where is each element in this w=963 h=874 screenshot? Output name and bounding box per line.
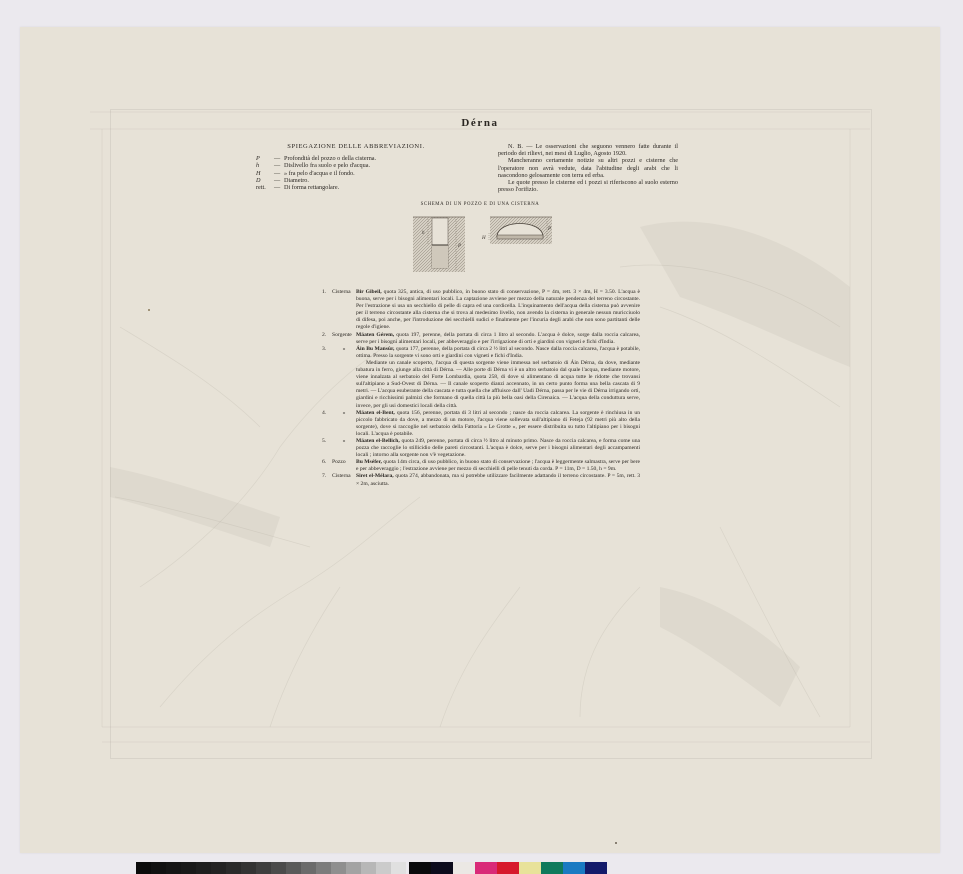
list-item: 6. Pozzo Bu Mséfer, quota 14m circa, di … — [322, 459, 640, 473]
abbreviation-entry: H— » fra pelo d'acqua e il fondo. — [256, 170, 456, 177]
scanned-sheet: Dérna SPIEGAZIONE DELLE ABBREVIAZIONI. P… — [20, 27, 940, 853]
color-swatch — [563, 862, 585, 874]
gray-swatch — [286, 862, 301, 874]
gray-swatch — [316, 862, 331, 874]
calibration-color-bar — [136, 862, 607, 874]
page-title: Dérna — [20, 117, 940, 129]
gray-swatch — [136, 862, 151, 874]
source-name: Áin Bu Mansûr, — [356, 346, 394, 352]
abbreviation-entry: D— Diametro. — [256, 177, 456, 184]
color-swatch — [409, 862, 431, 874]
nota-bene: N. B. — Le osservazioni che seguono venn… — [498, 143, 678, 193]
color-swatch — [585, 862, 607, 874]
source-name: Máaten el-Bent, — [356, 410, 395, 416]
list-item: 7. Cisterna Siret el-Mélara, quota 274, … — [322, 473, 640, 487]
gray-swatch — [376, 862, 391, 874]
source-name: Bir Gibeil, — [356, 289, 382, 295]
color-swatch — [519, 862, 541, 874]
svg-text:H: H — [481, 236, 486, 241]
water-sources-list: 1. Cisterna Bir Gibeil, quota 325, antic… — [322, 289, 640, 488]
gray-swatch — [361, 862, 376, 874]
list-item: 1. Cisterna Bir Gibeil, quota 325, antic… — [322, 289, 640, 332]
color-swatch — [475, 862, 497, 874]
source-name: Siret el-Mélara, — [356, 473, 394, 479]
abbreviation-entry: P— Profondità del pozzo o della cisterna… — [256, 155, 456, 162]
abbreviation-entry: rett.— Di forma rettangolare. — [256, 184, 456, 191]
gray-swatch — [346, 862, 361, 874]
well-cistern-diagram: h P H P — [395, 215, 565, 275]
gray-swatch — [166, 862, 181, 874]
list-item: 3. » Áin Bu Mansûr, quota 177, perenne, … — [322, 346, 640, 410]
cistern-diagram: H P — [481, 217, 552, 244]
gray-swatch — [331, 862, 346, 874]
abbreviation-entry: h— Dislivello fra suolo e pelo d'acqua. — [256, 162, 456, 169]
source-name: Máaten el-Bellich, — [356, 438, 400, 444]
color-swatch — [497, 862, 519, 874]
svg-text:P: P — [457, 244, 461, 249]
gray-swatch — [226, 862, 241, 874]
abbreviations-legend: SPIEGAZIONE DELLE ABBREVIAZIONI. P— Prof… — [256, 143, 456, 191]
gray-swatch — [151, 862, 166, 874]
gray-swatch — [181, 862, 196, 874]
gray-swatch — [211, 862, 226, 874]
gray-swatch — [391, 862, 406, 874]
well-diagram: h P — [413, 217, 465, 272]
gray-swatch — [271, 862, 286, 874]
gray-swatch — [301, 862, 316, 874]
list-item: 4. » Máaten el-Bent, quota 156, perenne,… — [322, 410, 640, 438]
gray-swatch — [241, 862, 256, 874]
list-item: 5. » Máaten el-Bellich, quota 249, peren… — [322, 438, 640, 459]
gray-swatch — [256, 862, 271, 874]
source-name: Bu Mséfer, — [356, 459, 382, 465]
gray-swatch — [196, 862, 211, 874]
color-swatch — [431, 862, 453, 874]
paper-speck — [148, 309, 150, 311]
color-swatch — [541, 862, 563, 874]
color-swatch — [453, 862, 475, 874]
schema-heading: SCHEMA DI UN POZZO E DI UNA CISTERNA — [20, 202, 940, 207]
svg-text:P: P — [547, 227, 551, 232]
paper-speck — [615, 842, 617, 844]
abbreviations-heading: SPIEGAZIONE DELLE ABBREVIAZIONI. — [256, 143, 456, 150]
source-name: Máaten Gérem, — [356, 332, 394, 338]
list-item: 2. Sorgente Máaten Gérem, quota 197, per… — [322, 332, 640, 346]
